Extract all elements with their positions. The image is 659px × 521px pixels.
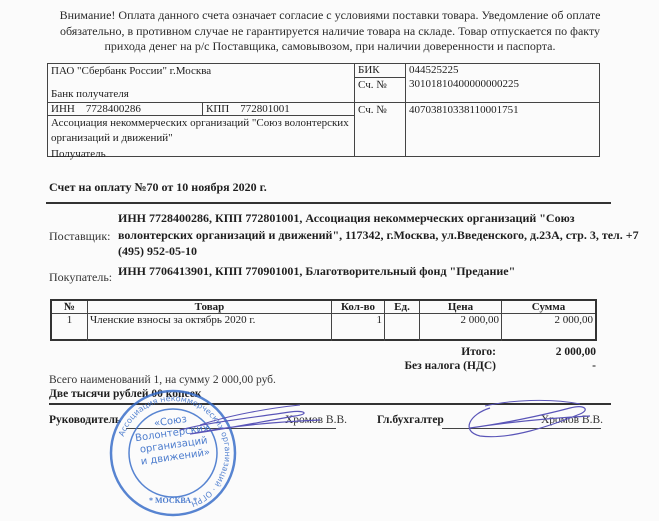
kpp-label: КПП (206, 103, 229, 115)
row-qty: 1 (331, 313, 384, 341)
corr-account-label: Сч. № (354, 77, 405, 102)
total-value: 2 000,00 (520, 346, 596, 358)
corr-account-value: 30101810400000000225 (405, 77, 600, 102)
vat-label: Без налога (НДС) (380, 360, 496, 372)
supplier-line2: волонтерских организаций и движений", 11… (118, 227, 618, 244)
col-header-num: № (52, 301, 87, 313)
supplier-line3: (495) 952-05-10 (118, 243, 618, 260)
supplier-label: Поставщик: (49, 229, 111, 244)
row-num: 1 (52, 313, 87, 341)
recipient-line2: организаций и движений" (51, 132, 351, 145)
buyer-label: Покупатель: (49, 270, 112, 285)
bank-name: ПАО "Сбербанк России" г.Москва (48, 64, 214, 79)
total-label: Итого: (440, 346, 496, 358)
col-header-product: Товар (87, 301, 331, 313)
account-label: Сч. № (354, 102, 405, 157)
recipient-cell: Ассоциация некоммерческих организаций "С… (48, 115, 354, 157)
bik-label: БИК (354, 64, 405, 77)
vat-value: - (520, 360, 596, 372)
invoice-title: Счет на оплату №70 от 10 ноября 2020 г. (49, 180, 267, 195)
supplier-line1: ИНН 7728400286, КПП 772801001, Ассоциаци… (118, 210, 618, 227)
recipient-label: Получатель (51, 148, 351, 161)
supplier-details: ИНН 7728400286, КПП 772801001, Ассоциаци… (118, 210, 618, 260)
inn-cell: ИНН 7728400286 (48, 102, 202, 115)
col-header-price: Цена (419, 301, 501, 313)
col-header-qty: Кол-во (331, 301, 384, 313)
director-signature-icon (170, 400, 330, 450)
recipient-line1: Ассоциация некоммерческих организаций "С… (51, 117, 351, 130)
bank-details-table: ПАО "Сбербанк России" г.Москва Банк полу… (47, 63, 600, 157)
row-sum: 2 000,00 (501, 313, 595, 341)
stamp-city: * МОСКВА * (138, 496, 208, 505)
row-product: Членские взносы за октябрь 2020 г. (87, 313, 331, 341)
divider-top (46, 202, 611, 204)
kpp-value: 772801001 (240, 103, 290, 115)
items-count-line: Всего наименований 1, на сумму 2 000,00 … (49, 374, 276, 386)
row-price: 2 000,00 (419, 313, 501, 341)
buyer-details: ИНН 7706413901, КПП 770901001, Благотвор… (118, 263, 515, 280)
items-table: № Товар Кол-во Ед. Цена Сумма 1 Членские… (50, 299, 597, 341)
accountant-signature-icon (440, 396, 600, 446)
bank-label: Банк получателя (48, 87, 132, 102)
inn-value: 7728400286 (86, 103, 141, 115)
col-header-sum: Сумма (501, 301, 595, 313)
bik-value: 044525225 (405, 64, 600, 77)
row-unit (384, 313, 419, 341)
payment-notice: Внимание! Оплата данного счета означает … (40, 8, 620, 55)
col-header-unit: Ед. (384, 301, 419, 313)
kpp-cell: КПП 772801001 (202, 102, 354, 115)
accountant-label: Гл.бухгалтер (377, 414, 444, 426)
account-value: 40703810338110001751 (405, 102, 600, 157)
inn-label: ИНН (51, 103, 75, 115)
